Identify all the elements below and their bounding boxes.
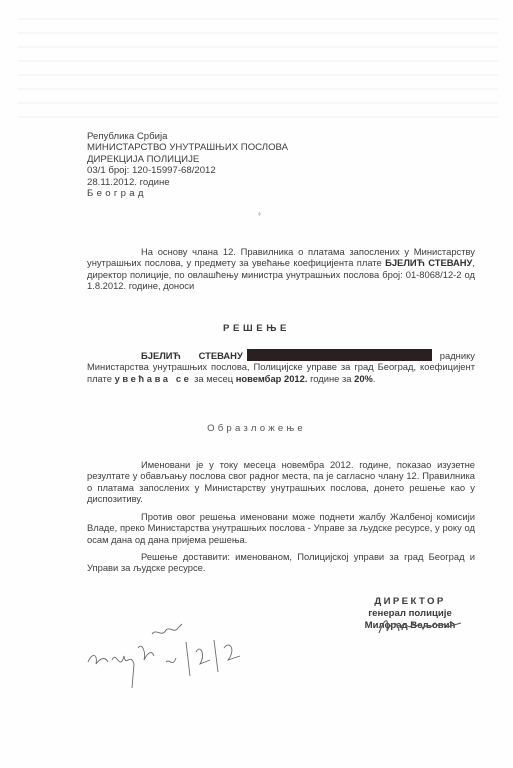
reasoning-title: Образложење bbox=[0, 423, 513, 434]
header-directorate: ДИРЕКЦИЈА ПОЛИЦИЈЕ bbox=[87, 154, 288, 165]
decision-paragraph: БЈЕЛИЋ СТЕВАНУраднику Министарства унутр… bbox=[87, 349, 475, 384]
redaction-bar bbox=[247, 349, 432, 361]
decision-verb: увећава се bbox=[115, 373, 192, 384]
reasoning-text-2: Против овог решења именовани може поднет… bbox=[87, 511, 475, 545]
reasoning-text-3: Решење доставити: именованом, Полицијско… bbox=[87, 551, 475, 573]
header-date: 28.11.2012. године bbox=[87, 177, 288, 188]
scan-speck-mark: ⸗ bbox=[256, 209, 263, 218]
reasoning-paragraph-3: Решење доставити: именованом, Полицијско… bbox=[87, 551, 475, 574]
header-country: Република Србија bbox=[87, 131, 288, 142]
scan-bleed-through bbox=[18, 18, 498, 128]
reasoning-paragraph-1: Именовани је у току месеца новембра 2012… bbox=[87, 459, 475, 504]
decision-text-4: . bbox=[373, 373, 376, 384]
decision-text-3: године за bbox=[307, 373, 354, 384]
document-header: Република Србија МИНИСТАРСТВО УНУТРАШЊИХ… bbox=[87, 131, 288, 199]
reasoning-text-1: Именовани је у току месеца новембра 2012… bbox=[87, 459, 475, 504]
handwritten-signature-icon bbox=[375, 613, 465, 639]
decision-text-2: за месец bbox=[191, 373, 235, 384]
reasoning-paragraph-2: Против овог решења именовани може поднет… bbox=[87, 511, 475, 545]
scanned-document-page: Република Србија МИНИСТАРСТВО УНУТРАШЊИХ… bbox=[0, 0, 513, 768]
decision-title: РЕШЕЊЕ bbox=[0, 323, 513, 334]
signature-role: ДИРЕКТОР bbox=[360, 596, 460, 608]
header-city: Београд bbox=[87, 188, 288, 199]
header-reference-number: 03/1 број: 120-15997-68/2012 bbox=[87, 165, 288, 176]
preamble-bold-name: БЈЕЛИЋ СТЕВАНУ bbox=[385, 257, 472, 268]
header-ministry: МИНИСТАРСТВО УНУТРАШЊИХ ПОСЛОВА bbox=[87, 142, 288, 153]
decision-name: БЈЕЛИЋ СТЕВАНУ bbox=[141, 350, 243, 361]
decision-month: новембар 2012. bbox=[236, 373, 308, 384]
handwritten-note-icon bbox=[82, 612, 262, 692]
decision-percent: 20% bbox=[354, 373, 373, 384]
preamble-paragraph: На основу члана 12. Правилника о платама… bbox=[87, 246, 475, 291]
